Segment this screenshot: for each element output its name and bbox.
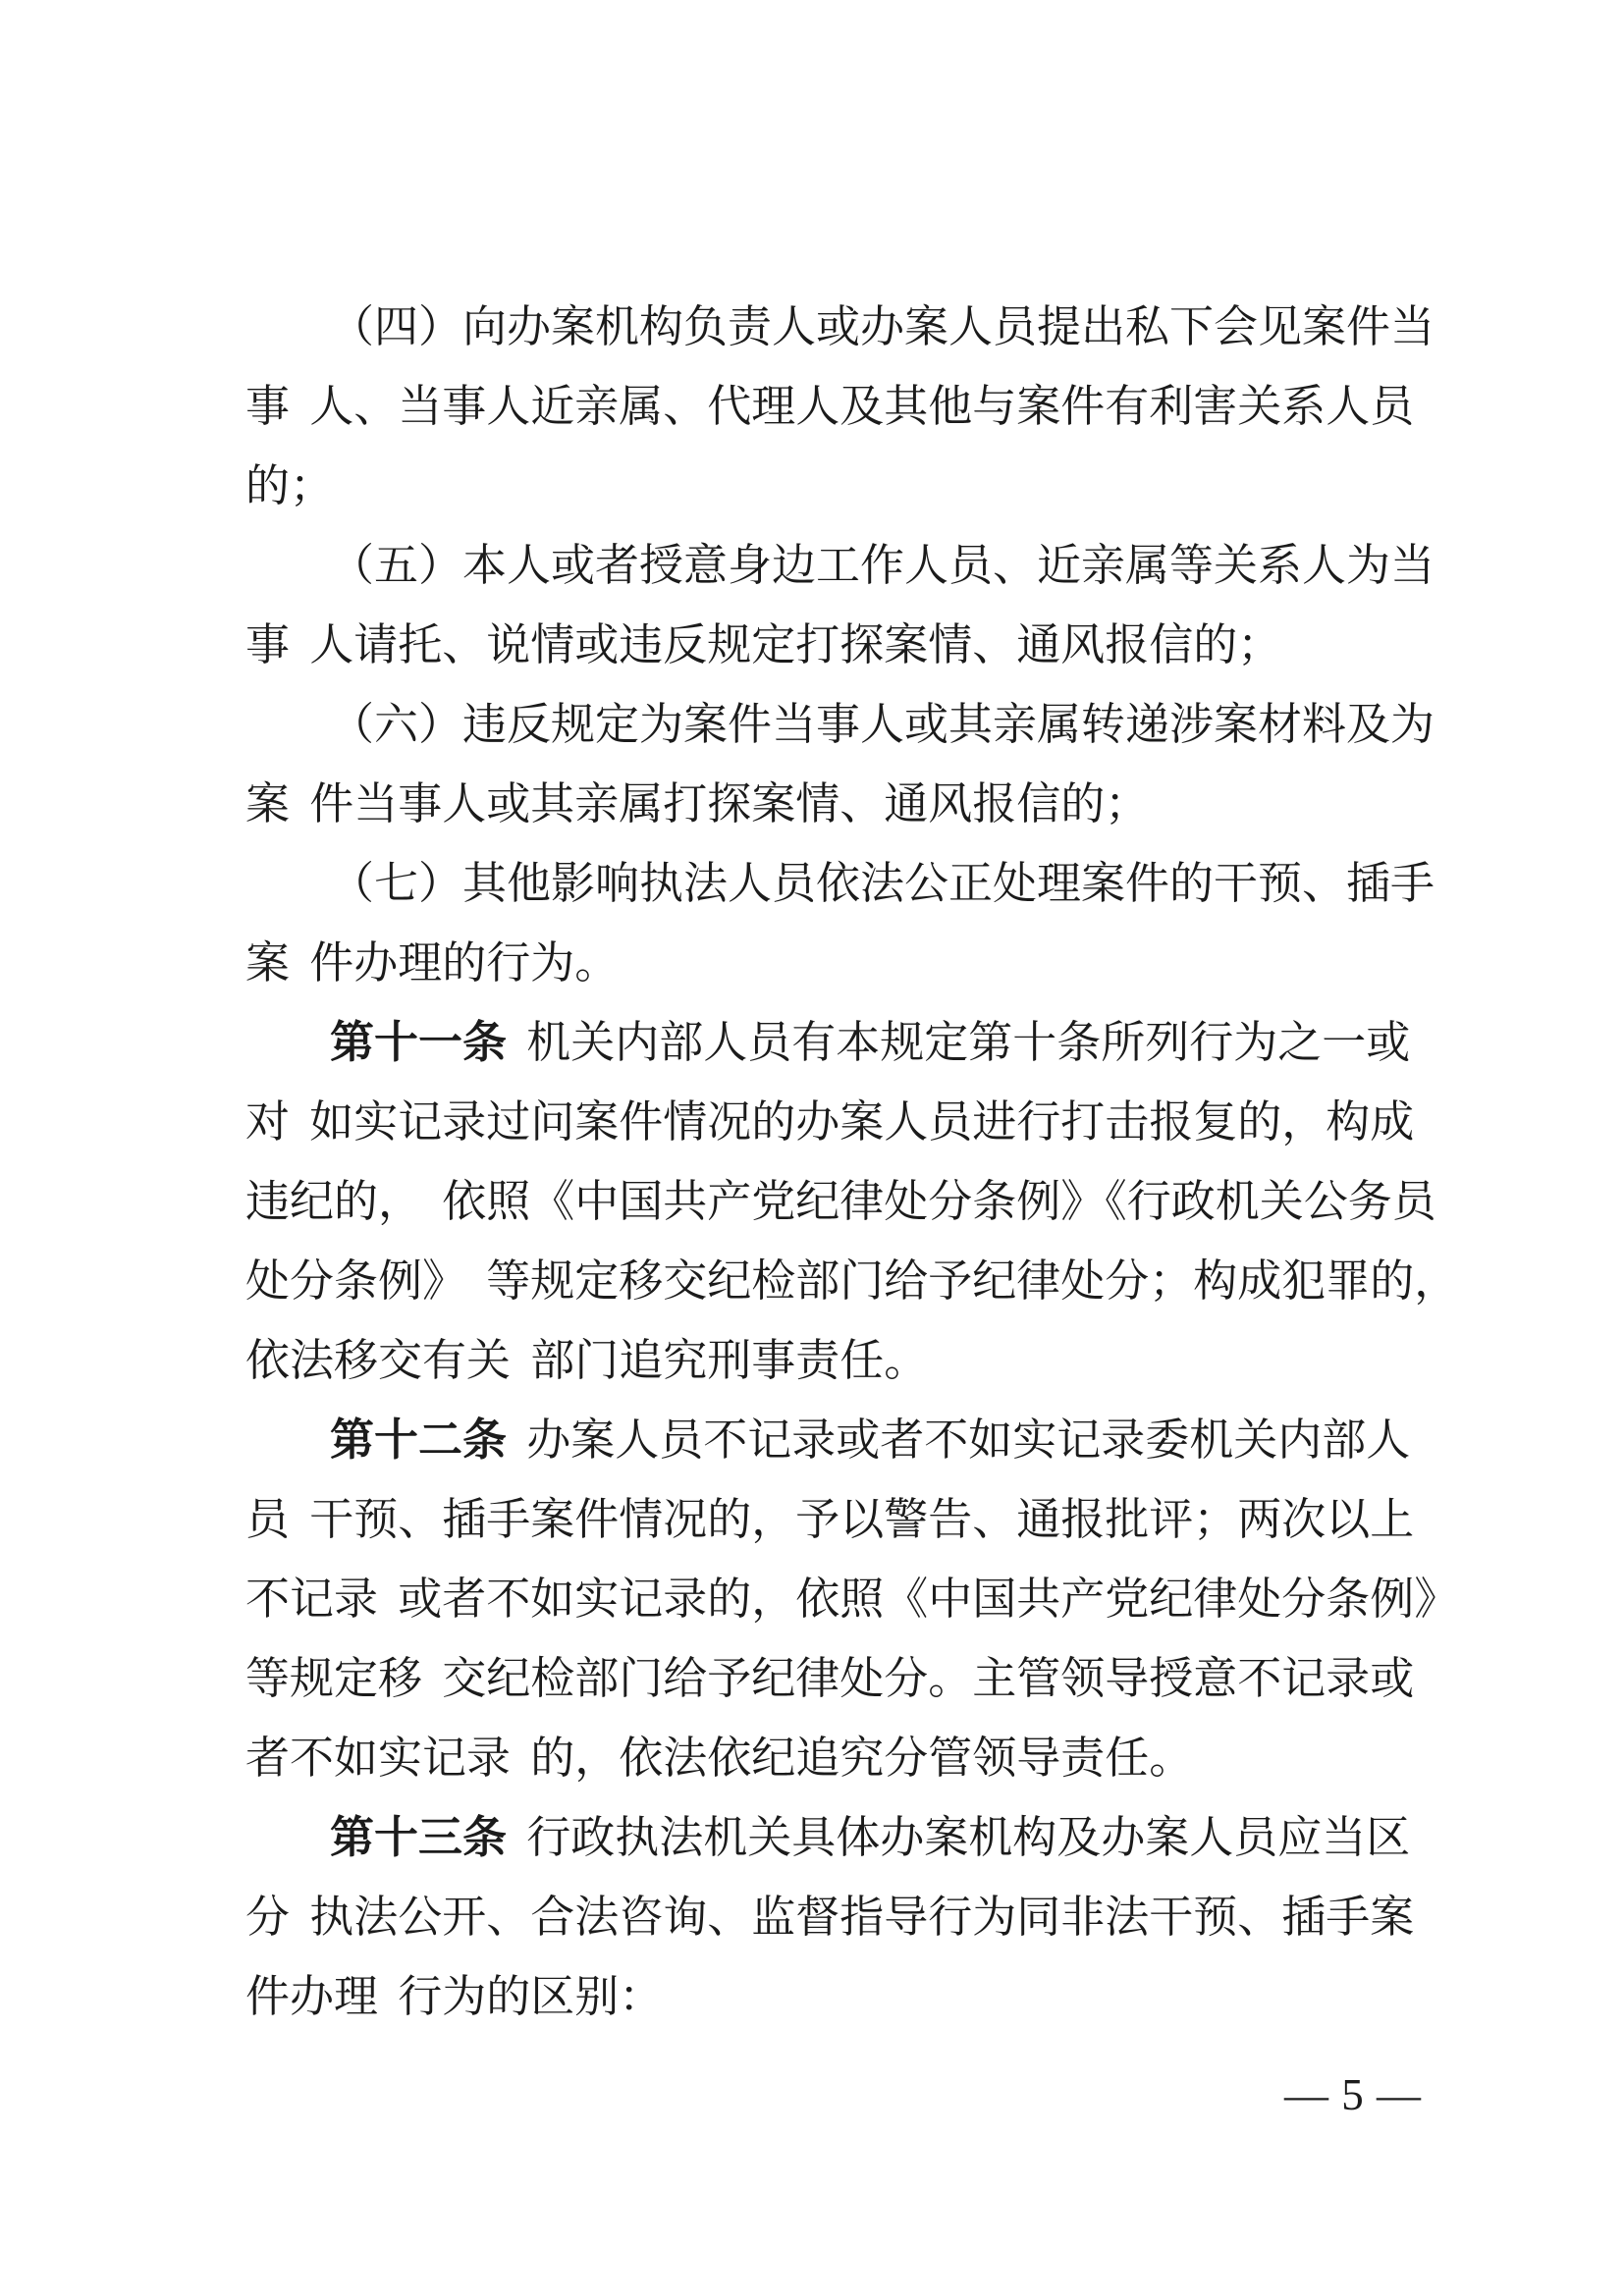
text-line: （六）违反规定为案件当事人或其亲属转递涉案材料及为 (245, 685, 1483, 765)
article-heading-line: 第十一条 机关内部人员有本规定第十条所列行为之一或 (245, 1003, 1483, 1083)
article-number: 第十一条 (330, 1018, 507, 1067)
text-line: 分 执法公开、合法咨询、监督指导行为同非法干预、插手案 (245, 1878, 1483, 1957)
text-line: 事 人请托、说情或违反规定打探案情、通风报信的； (245, 606, 1483, 685)
text-line: （四）向办案机构负责人或办案人员提出私下会见案件当 (245, 288, 1483, 367)
text-line: 不记录 或者不如实记录的，依照《中国共产党纪律处分条例》 (245, 1560, 1483, 1639)
page-number: — 5 — (1284, 2064, 1422, 2125)
article-number: 第十二条 (330, 1415, 507, 1465)
text-line: 违纪的， 依照《中国共产党纪律处分条例》《行政机关公务员 (245, 1162, 1483, 1242)
text-line: 事 人、当事人近亲属、代理人及其他与案件有利害关系人员 (245, 367, 1483, 447)
text-line: 等规定移 交纪检部门给予纪律处分。主管领导授意不记录或 (245, 1639, 1483, 1719)
text-line: 件办理 行为的区别： (245, 1957, 1483, 2037)
article-number: 第十三条 (330, 1813, 507, 1862)
text-line: 案 件当事人或其亲属打探案情、通风报信的； (245, 765, 1483, 844)
text-line: 的； (245, 447, 1483, 526)
article-heading-line: 第十三条 行政执法机关具体办案机构及办案人员应当区 (245, 1798, 1483, 1878)
document-page: （四）向办案机构负责人或办案人员提出私下会见案件当事 人、当事人近亲属、代理人及… (0, 0, 1624, 2296)
text-line: 案 件办理的行为。 (245, 924, 1483, 1003)
body-text: （四）向办案机构负责人或办案人员提出私下会见案件当事 人、当事人近亲属、代理人及… (245, 288, 1483, 2037)
text-line: 对 如实记录过问案件情况的办案人员进行打击报复的，构成 (245, 1083, 1483, 1162)
text-line: 员 干预、插手案件情况的，予以警告、通报批评；两次以上 (245, 1480, 1483, 1560)
article-heading-line: 第十二条 办案人员不记录或者不如实记录委机关内部人 (245, 1401, 1483, 1480)
text-line: 依法移交有关 部门追究刑事责任。 (245, 1321, 1483, 1401)
text-line: （五）本人或者授意身边工作人员、近亲属等关系人为当 (245, 526, 1483, 606)
text-line: （七）其他影响执法人员依法公正处理案件的干预、插手 (245, 844, 1483, 924)
text-line: 者不如实记录 的，依法依纪追究分管领导责任。 (245, 1719, 1483, 1798)
text-line: 处分条例》 等规定移交纪检部门给予纪律处分；构成犯罪的， (245, 1242, 1483, 1321)
